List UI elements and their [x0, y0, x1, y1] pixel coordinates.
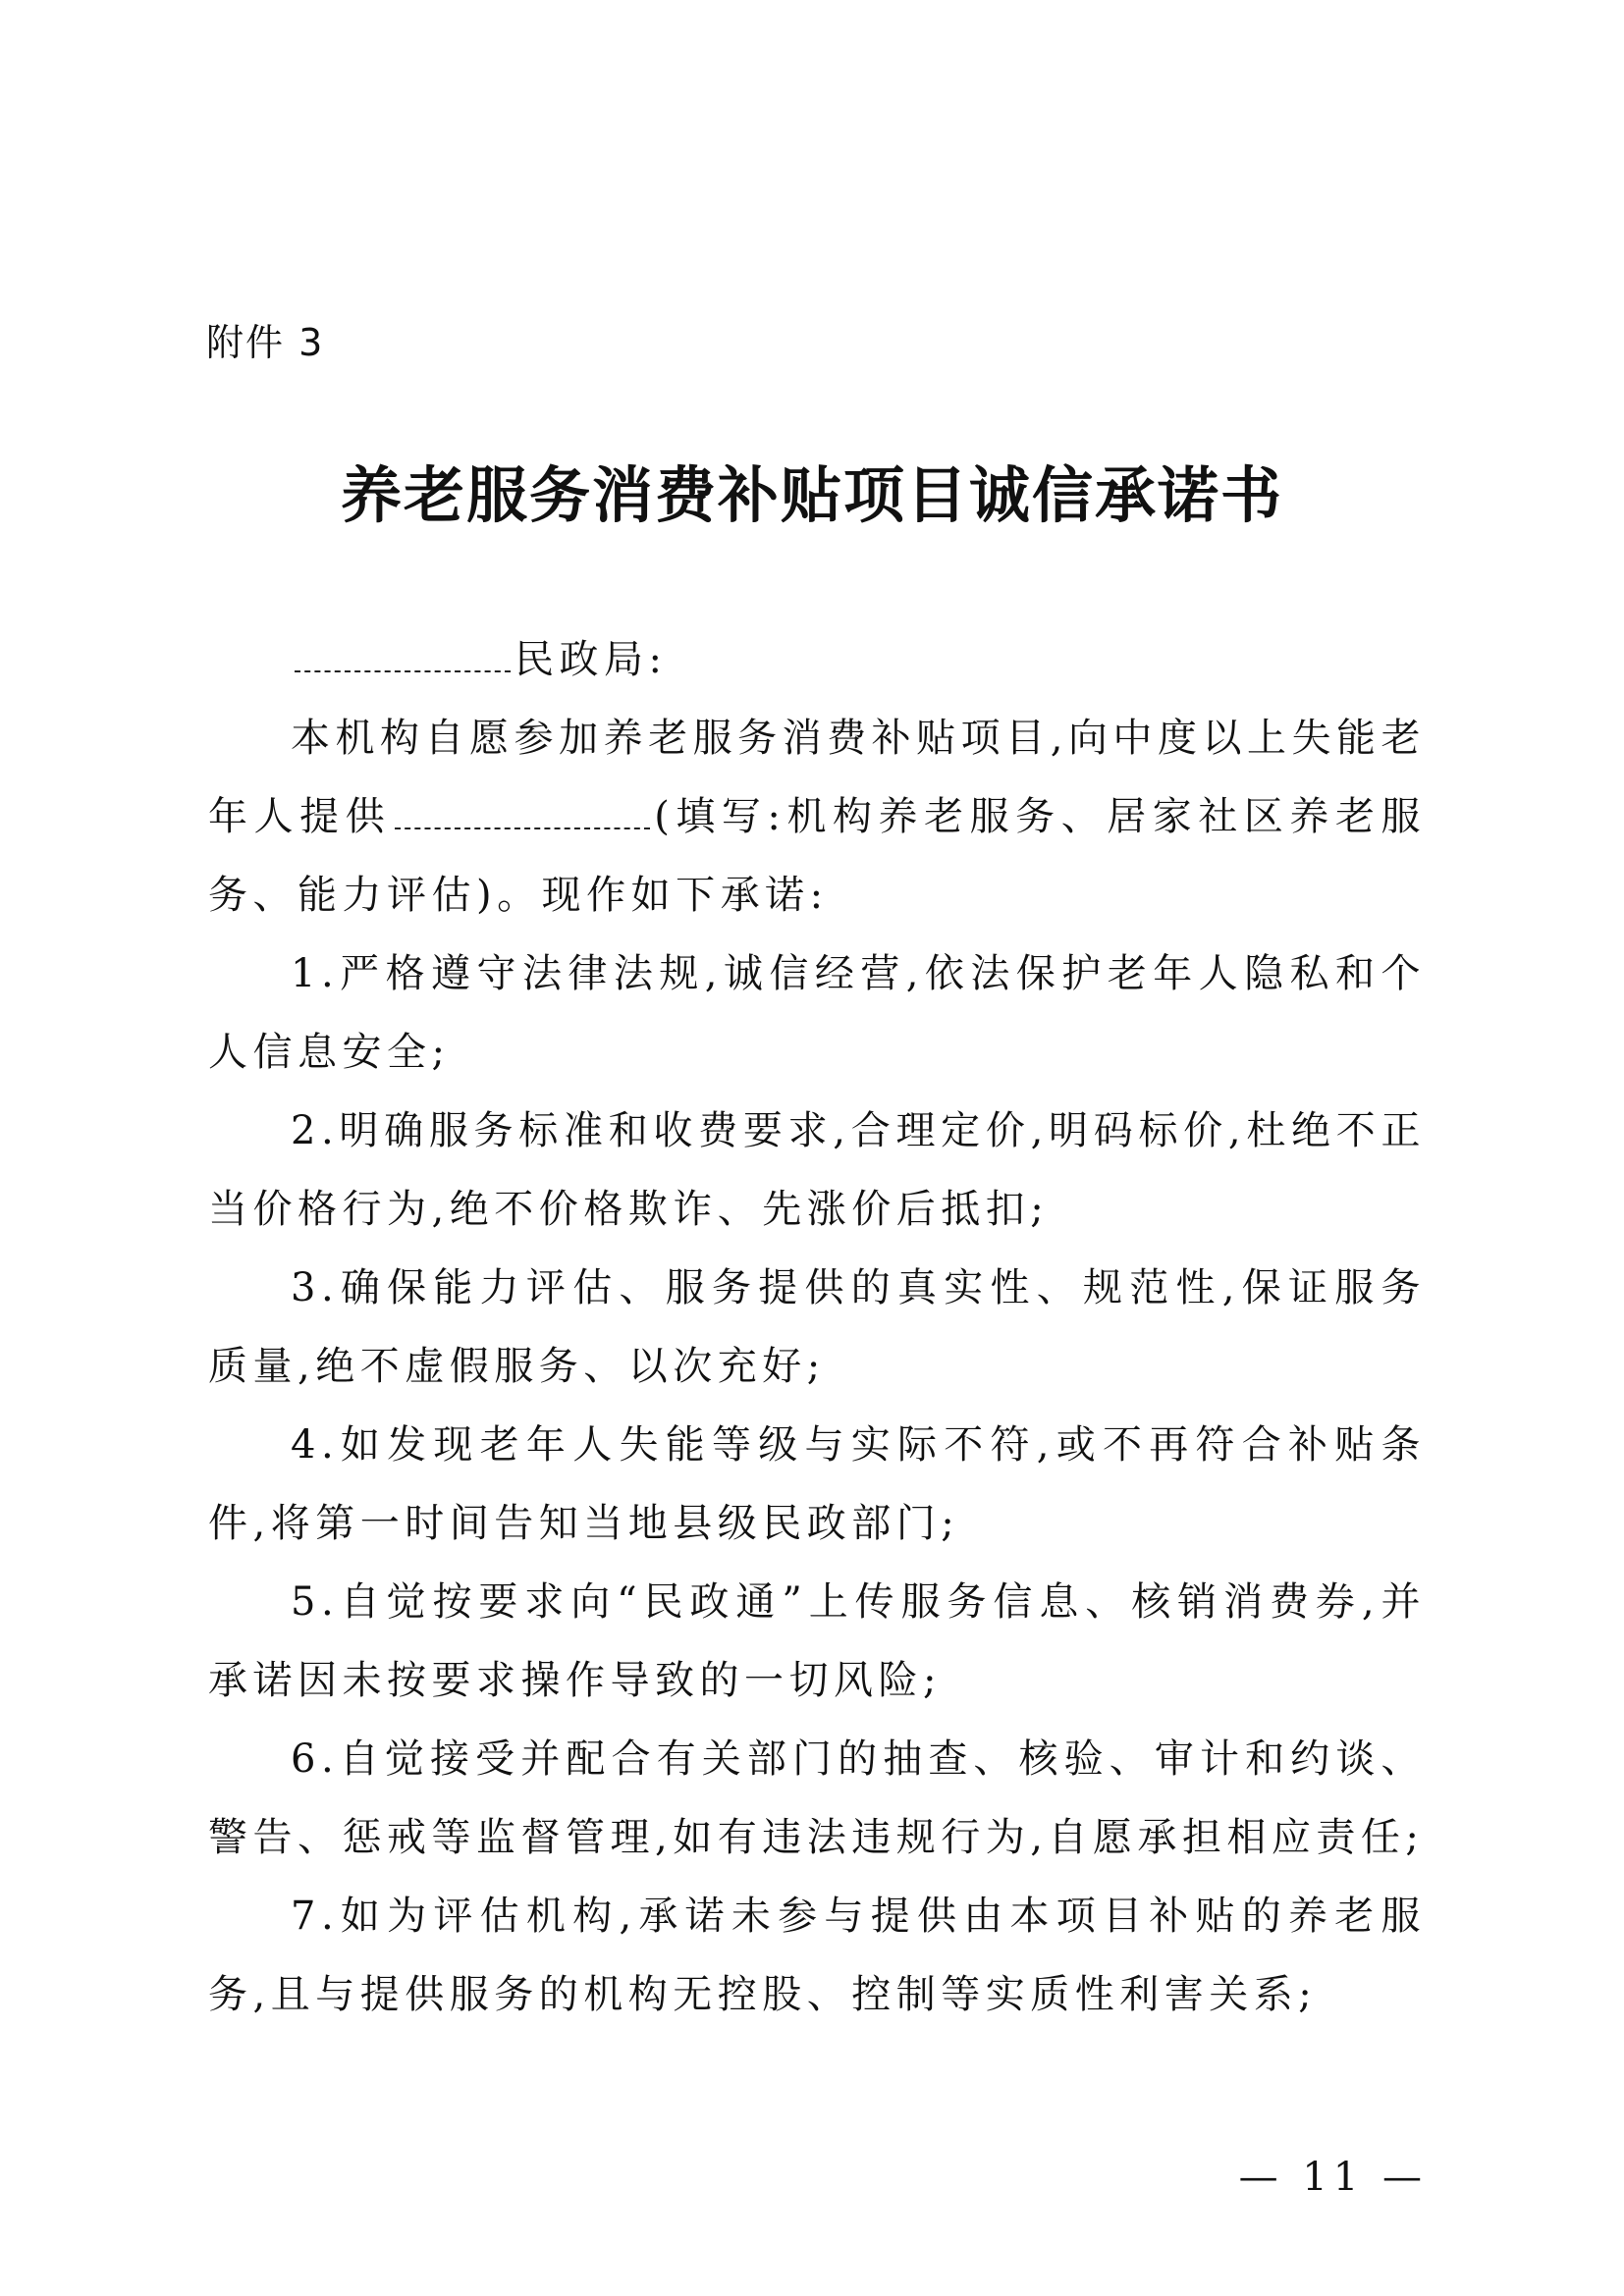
addressee-blank-field[interactable] — [295, 641, 511, 672]
commitment-item-3: 3.确保能力评估、服务提供的真实性、规范性,保证服务质量,绝不虚假服务、以次充好… — [208, 1249, 1426, 1406]
commitment-item-4: 4.如发现老年人失能等级与实际不符,或不再符合补贴条件,将第一时间告知当地县级民… — [208, 1406, 1426, 1563]
service-type-blank-field[interactable] — [395, 798, 650, 829]
commitment-item-5: 5.自觉按要求向“民政通”上传服务信息、核销消费券,并承诺因未按要求操作导致的一… — [208, 1563, 1426, 1720]
document-page: 附件 3 养老服务消费补贴项目诚信承诺书 民政局: 本机构自愿参加养老服务消费补… — [0, 0, 1624, 2296]
intro-paragraph: 本机构自愿参加养老服务消费补贴项目,向中度以上失能老年人提供(填写:机构养老服务… — [208, 699, 1426, 934]
addressee-line: 民政局: — [208, 620, 1426, 699]
page-number: — 11 — — [1239, 2155, 1428, 2200]
document-title: 养老服务消费补贴项目诚信承诺书 — [0, 447, 1624, 534]
commitment-item-6: 6.自觉接受并配合有关部门的抽查、核验、审计和约谈、警告、惩戒等监督管理,如有违… — [208, 1720, 1426, 1877]
attachment-label: 附件 3 — [206, 312, 324, 366]
commitment-item-2: 2.明确服务标准和收费要求,合理定价,明码标价,杜绝不正当价格行为,绝不价格欺诈… — [208, 1092, 1426, 1249]
commitment-item-7: 7.如为评估机构,承诺未参与提供由本项目补贴的养老服务,且与提供服务的机构无控股… — [208, 1877, 1426, 2034]
document-body: 民政局: 本机构自愿参加养老服务消费补贴项目,向中度以上失能老年人提供(填写:机… — [208, 620, 1426, 2034]
addressee-suffix: 民政局: — [514, 637, 667, 682]
commitment-item-1: 1.严格遵守法律法规,诚信经营,依法保护老年人隐私和个人信息安全; — [208, 934, 1426, 1092]
